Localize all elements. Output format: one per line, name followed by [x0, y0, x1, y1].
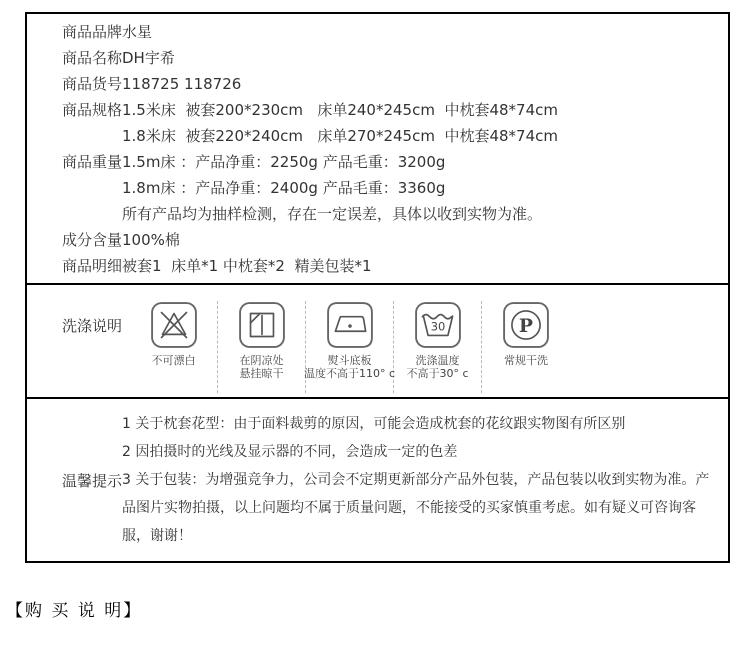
spec-row-value: 118725 118726 [122, 71, 728, 97]
warm-tips-body: 1 关于枕套花型：由于面料裁剪的原因，可能会造成枕套的花纹跟实物图有所区别 2 … [122, 410, 728, 550]
iron-low-temp-icon [326, 301, 374, 349]
warm-tips-section: 温馨提示 1 关于枕套花型：由于面料裁剪的原因，可能会造成枕套的花纹跟实物图有所… [27, 397, 728, 561]
do-not-bleach-icon [150, 301, 198, 349]
value-line: 1.5米床 被套200*230cm 床单240*245cm 中枕套48*74cm [122, 97, 728, 123]
wash-temp-30-icon: 30 [414, 301, 462, 349]
value-line: 1.8米床 被套220*240cm 床单270*245cm 中枕套48*74cm [122, 123, 728, 149]
spec-row-label: 商品规格 [27, 97, 122, 123]
spec-row-label: 商品货号 [27, 71, 122, 97]
washing-instructions-label: 洗涤说明 [27, 285, 122, 397]
spec-row-composition: 成分含量 100%棉 [27, 227, 728, 253]
icon-caption: 洗涤温度 不高于30° c [406, 354, 468, 380]
spec-row-value: 水星 [122, 19, 728, 45]
caption-line: 洗涤温度 [406, 354, 468, 367]
caption-line: 熨斗底板 [304, 354, 395, 367]
spec-row-label: 成分含量 [27, 227, 122, 253]
spec-row-item-number: 商品货号 118725 118726 [27, 71, 728, 97]
caption-line: 温度不高于110° c [304, 367, 395, 380]
wash-cell-shade-dry: 在阴凉处 悬挂晾干 [218, 301, 306, 393]
spec-row-value: 1.5m床 ：产品净重：2250g 产品毛重：3200g 1.8m床 ：产品净重… [122, 149, 728, 227]
wash-cell-bleach: 不可漂白 [130, 301, 218, 393]
icon-caption: 在阴凉处 悬挂晾干 [240, 354, 284, 380]
wash-cell-wash-temp: 30 洗涤温度 不高于30° c [394, 301, 482, 393]
spec-row-value: 100%棉 [122, 227, 728, 253]
tip-item: 2 因拍摄时的光线及显示器的不同，会造成一定的色差 [122, 438, 716, 466]
value-line: 100%棉 [122, 227, 728, 253]
spec-row-name: 商品名称 DH宇希 [27, 45, 728, 71]
product-info-section: 商品品牌 水星 商品名称 DH宇希 商品货号 118725 118726 商品规… [27, 14, 728, 283]
dry-clean-letter: P [519, 315, 533, 337]
value-line: 1.5m床 ：产品净重：2250g 产品毛重：3200g [122, 149, 728, 175]
tip-item: 1 关于枕套花型：由于面料裁剪的原因，可能会造成枕套的花纹跟实物图有所区别 [122, 410, 716, 438]
warm-tips-label: 温馨提示 [27, 470, 122, 491]
caption-line: 常规干洗 [504, 354, 548, 367]
value-line: 所有产品均为抽样检测，存在一定误差，具体以收到实物为准。 [122, 201, 728, 227]
value-line: 118725 118726 [122, 71, 728, 97]
spec-row-label: 商品品牌 [27, 19, 122, 45]
caption-line: 不可漂白 [152, 354, 196, 367]
spec-row-specifications: 商品规格 1.5米床 被套200*230cm 床单240*245cm 中枕套48… [27, 97, 728, 149]
caption-line: 在阴凉处 [240, 354, 284, 367]
wash-temp-value: 30 [430, 320, 445, 334]
spec-row-weight: 商品重量 1.5m床 ：产品净重：2250g 产品毛重：3200g 1.8m床 … [27, 149, 728, 227]
dry-clean-icon: P [502, 301, 550, 349]
spec-row-value: 被套1 床单*1 中枕套*2 精美包装*1 [122, 253, 728, 279]
value-line: 水星 [122, 19, 728, 45]
wash-cell-dry-clean: P 常规干洗 [482, 301, 570, 393]
value-line: 1.8m床 ：产品净重：2400g 产品毛重：3360g [122, 175, 728, 201]
purchase-note-heading: 【购 买 说 明】 [6, 596, 142, 621]
spec-row-value: DH宇希 [122, 45, 728, 71]
spec-row-label: 商品重量 [27, 149, 122, 175]
product-detail-page: 商品品牌 水星 商品名称 DH宇希 商品货号 118725 118726 商品规… [0, 0, 750, 651]
icon-caption: 熨斗底板 温度不高于110° c [304, 354, 395, 380]
product-spec-table: 商品品牌 水星 商品名称 DH宇希 商品货号 118725 118726 商品规… [25, 12, 730, 563]
caption-line: 悬挂晾干 [240, 367, 284, 380]
value-line: 被套1 床单*1 中枕套*2 精美包装*1 [122, 253, 728, 279]
spec-row-contents: 商品明细 被套1 床单*1 中枕套*2 精美包装*1 [27, 253, 728, 279]
spec-row-brand: 商品品牌 水星 [27, 19, 728, 45]
icon-caption: 不可漂白 [152, 354, 196, 367]
icon-caption: 常规干洗 [504, 354, 548, 367]
washing-instructions-section: 洗涤说明 不可漂白 [27, 283, 728, 397]
spec-row-label: 商品名称 [27, 45, 122, 71]
spec-row-value: 1.5米床 被套200*230cm 床单240*245cm 中枕套48*74cm… [122, 97, 728, 149]
washing-icons-row: 不可漂白 在阴凉处 悬挂晾干 [130, 285, 570, 397]
tip-item: 3 关于包装：为增强竞争力，公司会不定期更新部分产品外包装，产品包装以收到实物为… [122, 466, 716, 550]
caption-line: 不高于30° c [406, 367, 468, 380]
value-line: DH宇希 [122, 45, 728, 71]
spec-row-label: 商品明细 [27, 253, 122, 279]
shade-hang-dry-icon [238, 301, 286, 349]
wash-cell-iron: 熨斗底板 温度不高于110° c [306, 301, 394, 393]
